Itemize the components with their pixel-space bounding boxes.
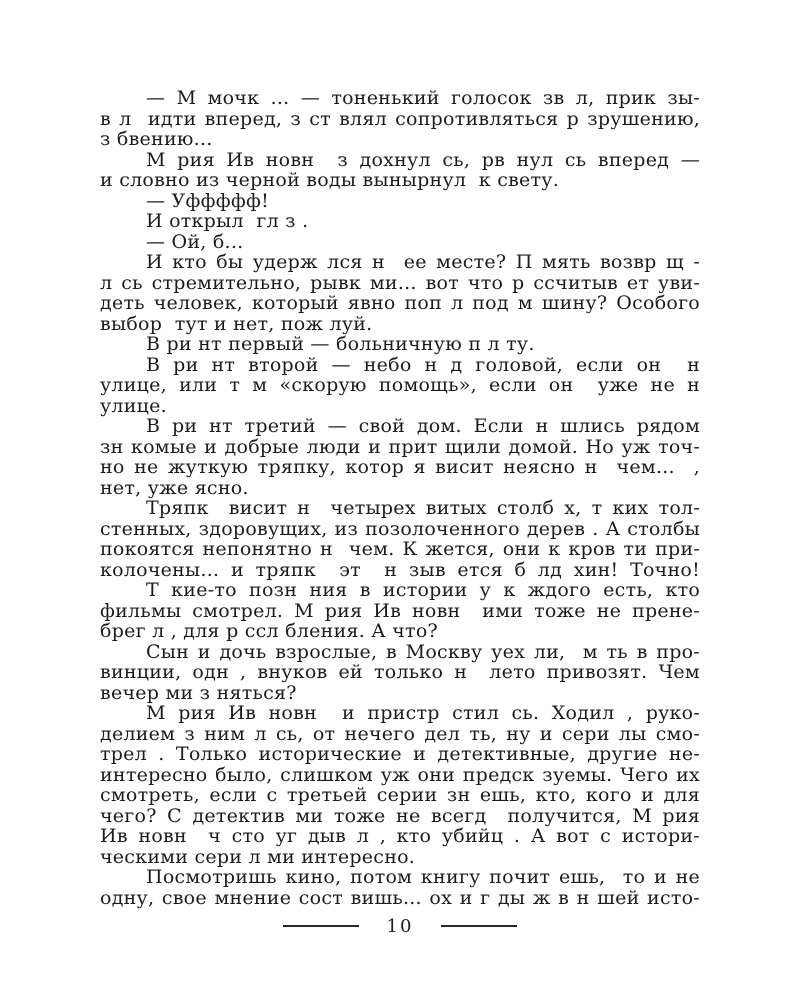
text-line: колочены... и тряпк эт н зыв ется б лд х… bbox=[100, 560, 700, 581]
text-line: И кто бы удерж лся н ее месте? П мять во… bbox=[100, 252, 700, 273]
page-number: 10 bbox=[387, 916, 414, 937]
book-page: — М мочк ... — тоненький голосок зв л, п… bbox=[0, 0, 800, 1000]
text-line: М рия Ив новн и пристр стил сь. Ходил , … bbox=[100, 703, 700, 724]
text-line: стенных, здоровущих, из позолоченного де… bbox=[100, 519, 700, 540]
text-line: Тряпк висит н четырех витых столб х, т к… bbox=[100, 498, 700, 519]
text-line: смотреть, если с третьей серии зн ешь, к… bbox=[100, 785, 700, 806]
footer-rule-left bbox=[283, 925, 359, 927]
text-line: Т кие-то позн ния в истории у к ждого ес… bbox=[100, 580, 700, 601]
text-line: винции, одн , внуков ей только н лето пр… bbox=[100, 662, 700, 683]
text-line: В ри нт третий — свой дом. Если н шлись … bbox=[100, 416, 700, 437]
text-line: покоятся непонятно н чем. К жется, они к… bbox=[100, 539, 700, 560]
text-line: чего? С детектив ми тоже не всегд получи… bbox=[100, 806, 700, 827]
text-line: нет, уже ясно. bbox=[100, 478, 700, 499]
text-line: И открыл гл з . bbox=[100, 211, 700, 232]
text-line: трел . Только исторические и детективные… bbox=[100, 744, 700, 765]
text-line: вечер ми з няться? bbox=[100, 683, 700, 704]
text-line: — Ой, б... bbox=[100, 232, 700, 253]
text-line: М рия Ив новн з дохнул сь, рв нул сь впе… bbox=[100, 150, 700, 171]
text-line: одну, свое мнение сост вишь... ох и г ды… bbox=[100, 888, 700, 909]
text-line: ческими сери л ми интересно. bbox=[100, 847, 700, 868]
text-line: деть человек, который явно поп л под м ш… bbox=[100, 293, 700, 314]
text-line: Посмотришь кино, потом книгу почит ешь, … bbox=[100, 867, 700, 888]
text-line: брег л , для р ссл бления. А что? bbox=[100, 621, 700, 642]
text-line: улице, или т м «скорую помощь», если он … bbox=[100, 375, 700, 396]
text-line: улице. bbox=[100, 396, 700, 417]
text-line: интересно было, слишком уж они предск зу… bbox=[100, 765, 700, 786]
text-line: в л идти вперед, з ст влял сопротивлятьс… bbox=[100, 109, 700, 130]
text-line: и словно из черной воды вынырнул к свету… bbox=[100, 170, 700, 191]
text-line: В ри нт первый — больничную п л ту. bbox=[100, 334, 700, 355]
text-line: — Уффффф! bbox=[100, 191, 700, 212]
page-footer: 10 bbox=[100, 915, 700, 937]
text-line: фильмы смотрел. М рия Ив новн ими тоже н… bbox=[100, 601, 700, 622]
text-line: Ив новн ч сто уг дыв л , кто убийц . А в… bbox=[100, 826, 700, 847]
text-line: зн комые и добрые люди и прит щили домой… bbox=[100, 437, 700, 458]
text-line: л сь стремительно, рывк ми... вот что р … bbox=[100, 273, 700, 294]
text-line: з бвению... bbox=[100, 129, 700, 150]
text-line: но не жуткую тряпку, котор я висит неясн… bbox=[100, 457, 700, 478]
page-text-block: — М мочк ... — тоненький голосок зв л, п… bbox=[100, 88, 700, 908]
text-line: делием з ним л сь, от нечего дел ть, ну … bbox=[100, 724, 700, 745]
text-line: Сын и дочь взрослые, в Москву уех ли, м … bbox=[100, 642, 700, 663]
text-line: выбор тут и нет, пож луй. bbox=[100, 314, 700, 335]
text-line: — М мочк ... — тоненький голосок зв л, п… bbox=[100, 88, 700, 109]
text-line: В ри нт второй — небо н д головой, если … bbox=[100, 355, 700, 376]
footer-rule-right bbox=[441, 925, 517, 927]
